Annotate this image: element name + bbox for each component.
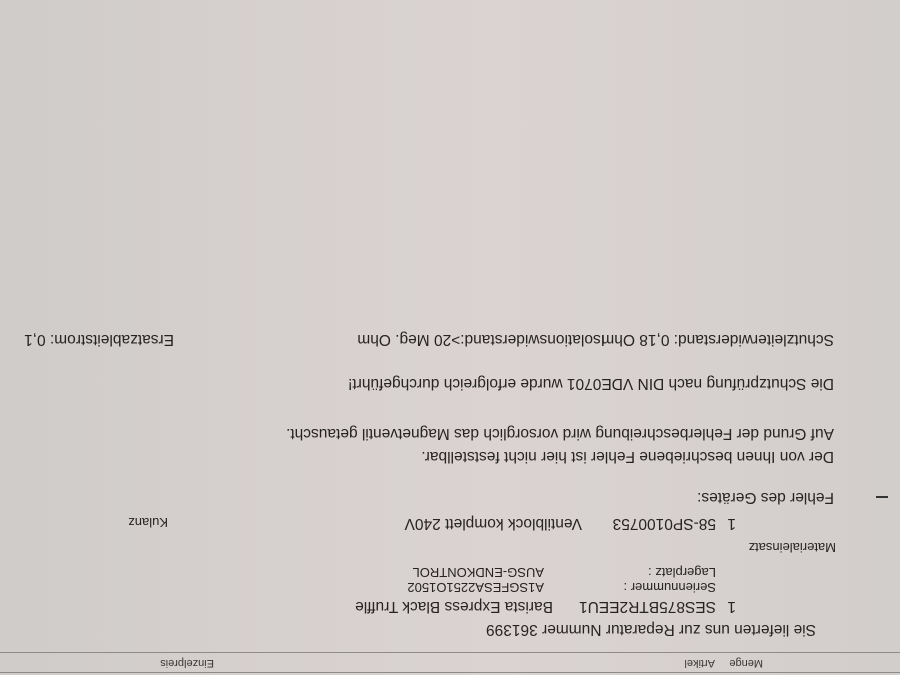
device-name: Barista Express Black Truffle xyxy=(355,597,553,615)
measurement-protective-conductor: Schutzleiterwiderstand: 0,18 Ohm xyxy=(601,330,834,348)
storage-value: AUSG-ENDKONTROL xyxy=(413,565,544,580)
device-article-no: SES875BTR2EEU1 xyxy=(579,597,716,615)
material-description: Ventilblock komplett 240V xyxy=(405,514,583,532)
header-quantity: Menge xyxy=(729,657,763,669)
measurement-insulation: Isolationswiderstand:>20 Meg. Ohm xyxy=(357,330,605,348)
device-quantity: 1 xyxy=(727,597,736,615)
material-article-no: 58-SP0100753 xyxy=(613,514,716,532)
material-heading: Materialeinsatz xyxy=(749,540,836,555)
measurement-leakage-current: Ersatzableitstrom: 0,1 xyxy=(24,330,174,348)
intro-text: Sie lieferten uns zur Reparatur Nummer 3… xyxy=(486,620,816,638)
material-price: Kulanz xyxy=(128,515,168,530)
fault-heading: Fehler des Gerätes: xyxy=(697,488,834,506)
header-article: Artikel xyxy=(684,657,715,669)
header-unit-price: Einzelpreis xyxy=(160,657,214,669)
fault-line-2: Auf Grund der Fehlerbeschreibung wird vo… xyxy=(286,424,834,442)
serial-label: Seriennummer : xyxy=(624,580,716,595)
fault-line-1: Der von Ihnen beschriebene Fehler ist hi… xyxy=(421,447,834,465)
safety-statement: Die Schutzprüfung nach DIN VDE0701 wurde… xyxy=(348,374,834,392)
storage-label: Lagerplatz : xyxy=(648,565,716,580)
repair-report-sheet: Menge Artikel Einzelpreis Sie lieferten … xyxy=(0,0,900,675)
serial-value: A1SGFESA2251O1502 xyxy=(407,580,544,595)
header-bottom-rule xyxy=(0,652,900,653)
header-top-rule xyxy=(0,672,900,673)
material-quantity: 1 xyxy=(727,514,736,532)
bullet-dash xyxy=(876,496,888,498)
